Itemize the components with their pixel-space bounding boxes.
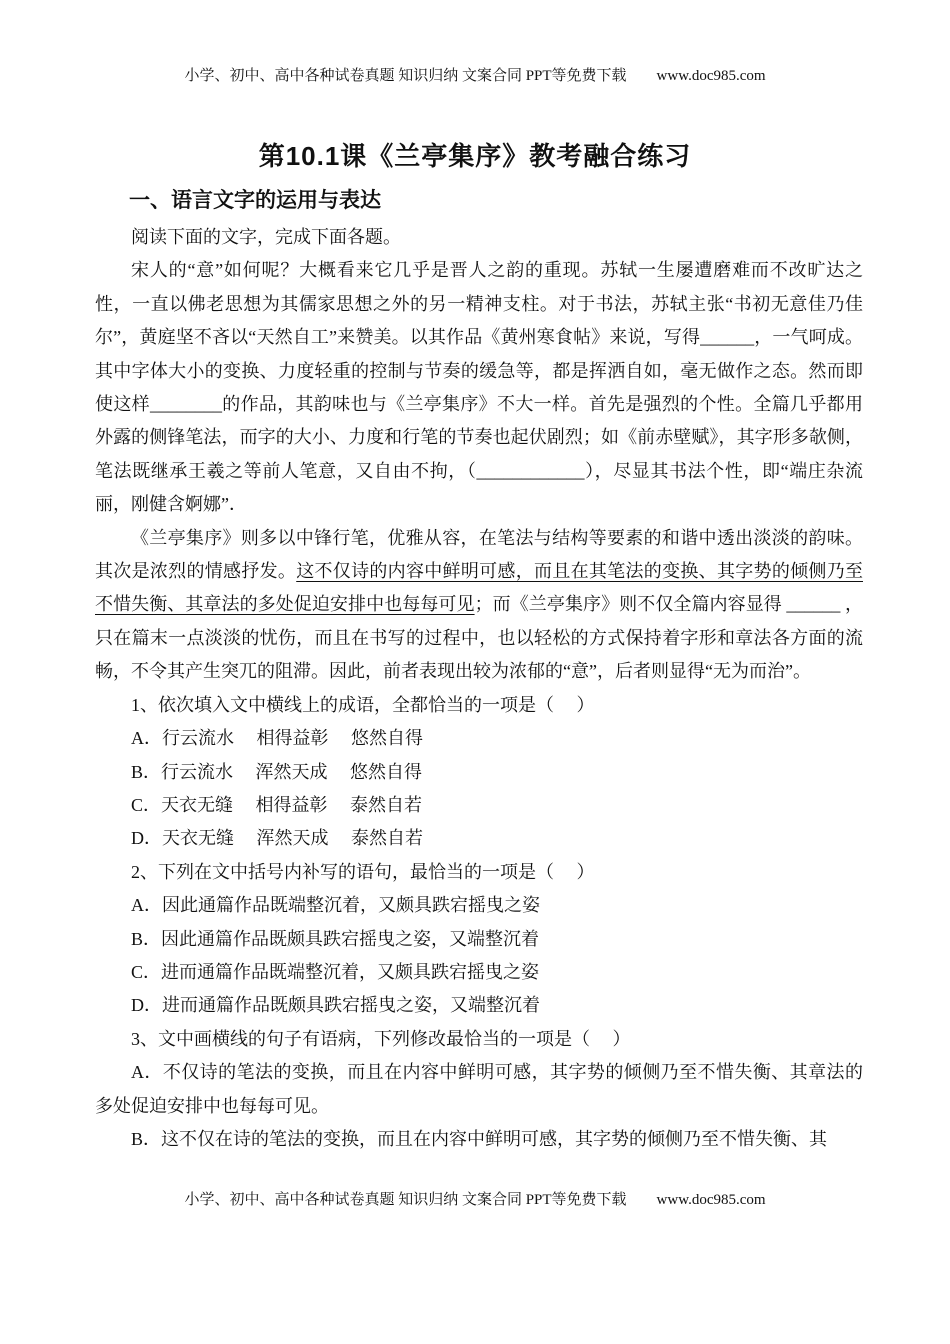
question-1-option-d: D．天衣无缝 浑然天成 泰然自若 — [95, 822, 863, 855]
question-2-option-d: D．进而通篇作品既颇具跌宕摇曳之姿，又端整沉着 — [95, 989, 863, 1022]
question-3-stem: 3、文中画横线的句子有语病，下列修改最恰当的一项是（ ） — [95, 1023, 863, 1056]
passage-paragraph-1: 宋人的“意”如何呢？大概看来它几乎是晋人之韵的重现。苏轼一生屡遭磨难而不改旷达之… — [95, 254, 863, 521]
question-1-option-a: A．行云流水 相得益彰 悠然自得 — [95, 722, 863, 755]
document-body: 阅读下面的文字，完成下面各题。 宋人的“意”如何呢？大概看来它几乎是晋人之韵的重… — [95, 221, 863, 1156]
question-1-stem: 1、依次填入文中横线上的成语，全都恰当的一项是（ ） — [95, 689, 863, 722]
section-heading: 一、语言文字的运用与表达 — [95, 184, 860, 214]
question-3-option-b: B．这不仅在诗的笔法的变换，而且在内容中鲜明可感，其字势的倾侧乃至不惜失衡、其 — [95, 1123, 863, 1156]
header-text: 小学、初中、高中各种试卷真题 知识归纳 文案合同 PPT等免费下载 — [184, 68, 626, 84]
footer-text: 小学、初中、高中各种试卷真题 知识归纳 文案合同 PPT等免费下载 — [184, 1192, 626, 1208]
question-2-option-c: C．进而通篇作品既端整沉着，又颇具跌宕摇曳之姿 — [95, 956, 863, 989]
question-2-option-a: A．因此通篇作品既端整沉着，又颇具跌宕摇曳之姿 — [95, 889, 863, 922]
question-1-option-c: C．天衣无缝 相得益彰 泰然自若 — [95, 789, 863, 822]
question-3-option-a: A．不仅诗的笔法的变换，而且在内容中鲜明可感，其字势的倾侧乃至不惜失衡、其章法的… — [95, 1056, 863, 1123]
header-url[interactable]: www.doc985.com — [657, 68, 766, 84]
question-1-option-b: B．行云流水 浑然天成 悠然自得 — [95, 756, 863, 789]
question-2-option-b: B．因此通篇作品既颇具跌宕摇曳之姿，又端整沉着 — [95, 923, 863, 956]
question-2-stem: 2、下列在文中括号内补写的语句，最恰当的一项是（ ） — [95, 856, 863, 889]
footer-url[interactable]: www.doc985.com — [657, 1192, 766, 1208]
document-page: 小学、初中、高中各种试卷真题 知识归纳 文案合同 PPT等免费下载www.doc… — [0, 0, 950, 1344]
page-footer: 小学、初中、高中各种试卷真题 知识归纳 文案合同 PPT等免费下载www.doc… — [0, 1188, 950, 1209]
intro-line: 阅读下面的文字，完成下面各题。 — [95, 221, 863, 254]
page-title: 第10.1课《兰亭集序》教考融合练习 — [0, 136, 950, 173]
passage-paragraph-2: 《兰亭集序》则多以中锋行笔，优雅从容，在笔法与结构等要素的和谐中透出淡淡的韵味。… — [95, 522, 863, 689]
page-header: 小学、初中、高中各种试卷真题 知识归纳 文案合同 PPT等免费下载www.doc… — [0, 64, 950, 85]
